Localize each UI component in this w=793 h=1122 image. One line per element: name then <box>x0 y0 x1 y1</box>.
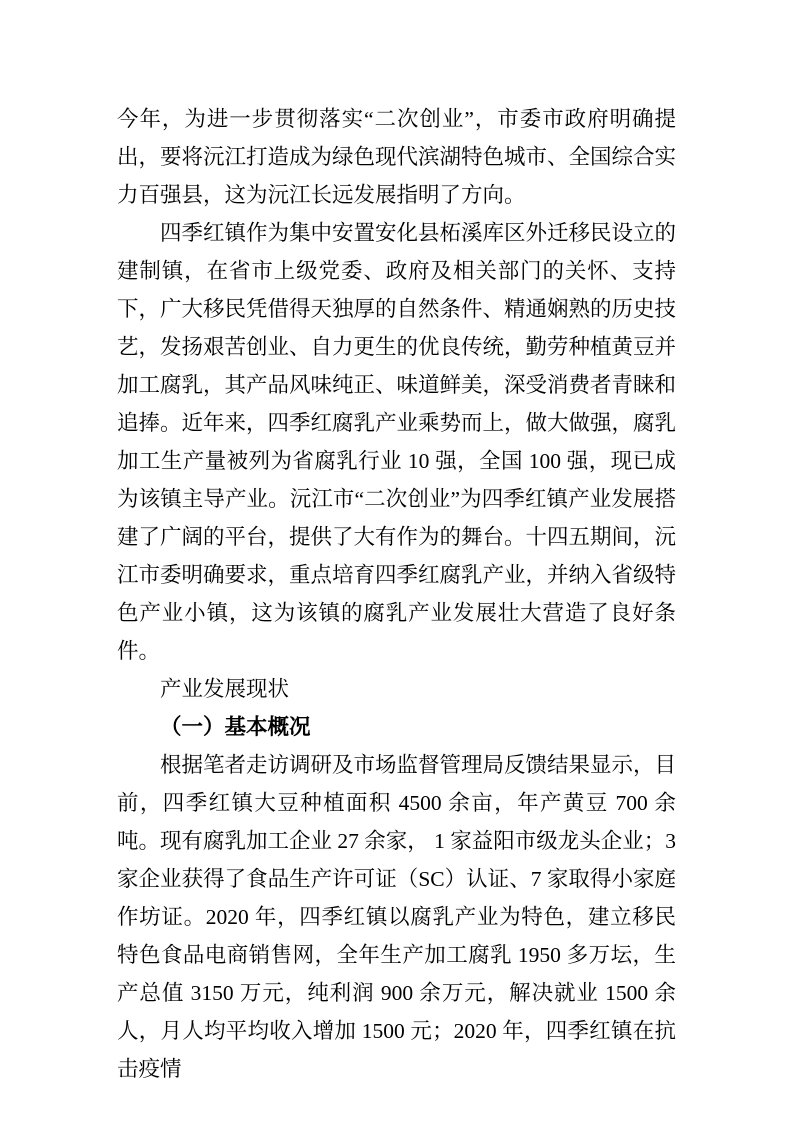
paragraph-body-1: 四季红镇作为集中安置安化县柘溪库区外迁移民设立的建制镇，在省市上级党委、政府及相… <box>117 214 676 670</box>
paragraph-sub-heading-3: （一）基本概况 <box>117 708 676 746</box>
document-body: 今年，为进一步贯彻落实“二次创业”，市委市政府明确提出，要将沅江打造成为绿色现代… <box>117 100 676 1088</box>
paragraph-body-4: 根据笔者走访调研及市场监督管理局反馈结果显示，目前，四季红镇大豆种植面积 450… <box>117 746 676 1088</box>
document-page: 今年，为进一步贯彻落实“二次创业”，市委市政府明确提出，要将沅江打造成为绿色现代… <box>0 0 793 1122</box>
paragraph-section-heading-2: 产业发展现状 <box>117 670 676 708</box>
paragraph-body-0: 今年，为进一步贯彻落实“二次创业”，市委市政府明确提出，要将沅江打造成为绿色现代… <box>117 100 676 214</box>
